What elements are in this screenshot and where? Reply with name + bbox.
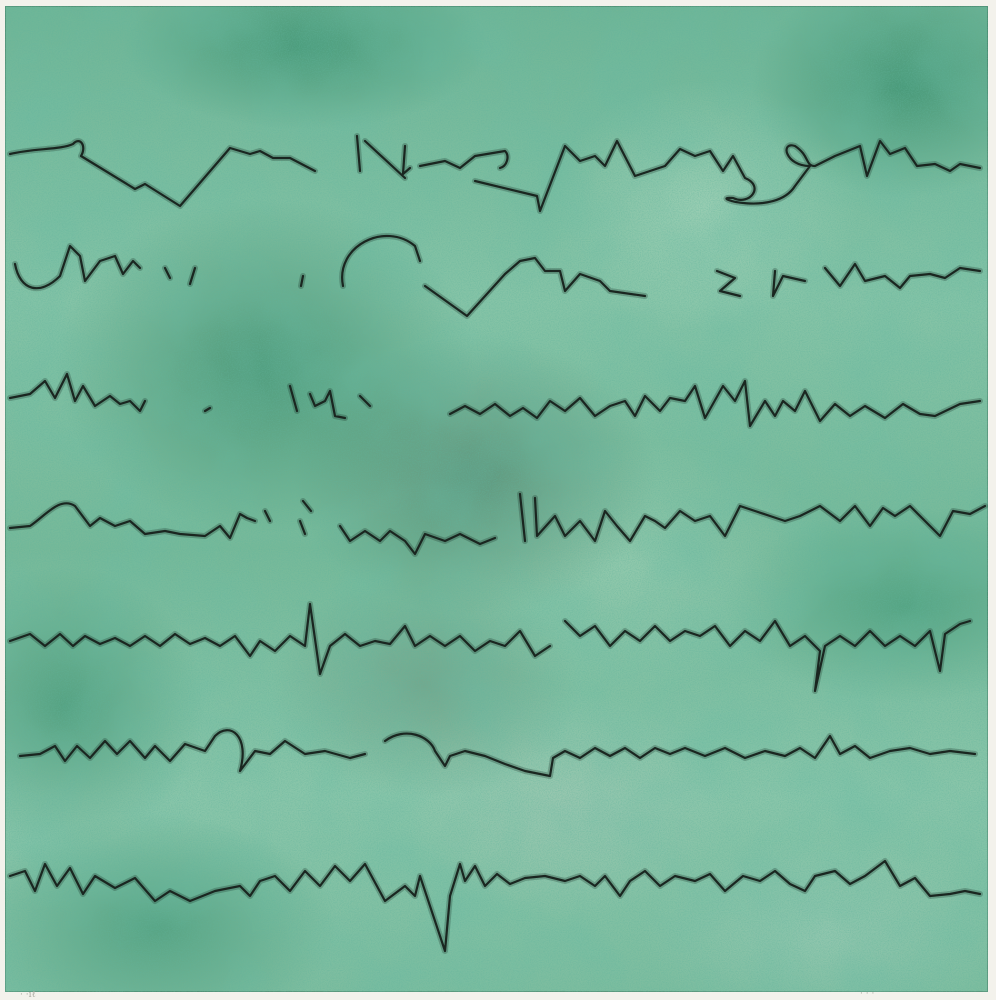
script-line-5 bbox=[10, 604, 970, 691]
print-plate bbox=[5, 6, 988, 992]
script-line-2 bbox=[15, 236, 980, 316]
edition-note: · ·ıℓ bbox=[20, 989, 36, 1000]
asemic-script bbox=[5, 6, 988, 992]
script-line-7 bbox=[10, 861, 980, 951]
signature-note: · · · bbox=[860, 989, 874, 999]
script-line-4 bbox=[10, 494, 985, 554]
script-line-6 bbox=[20, 730, 975, 776]
script-line-1 bbox=[10, 136, 980, 211]
script-line-3 bbox=[10, 374, 980, 426]
